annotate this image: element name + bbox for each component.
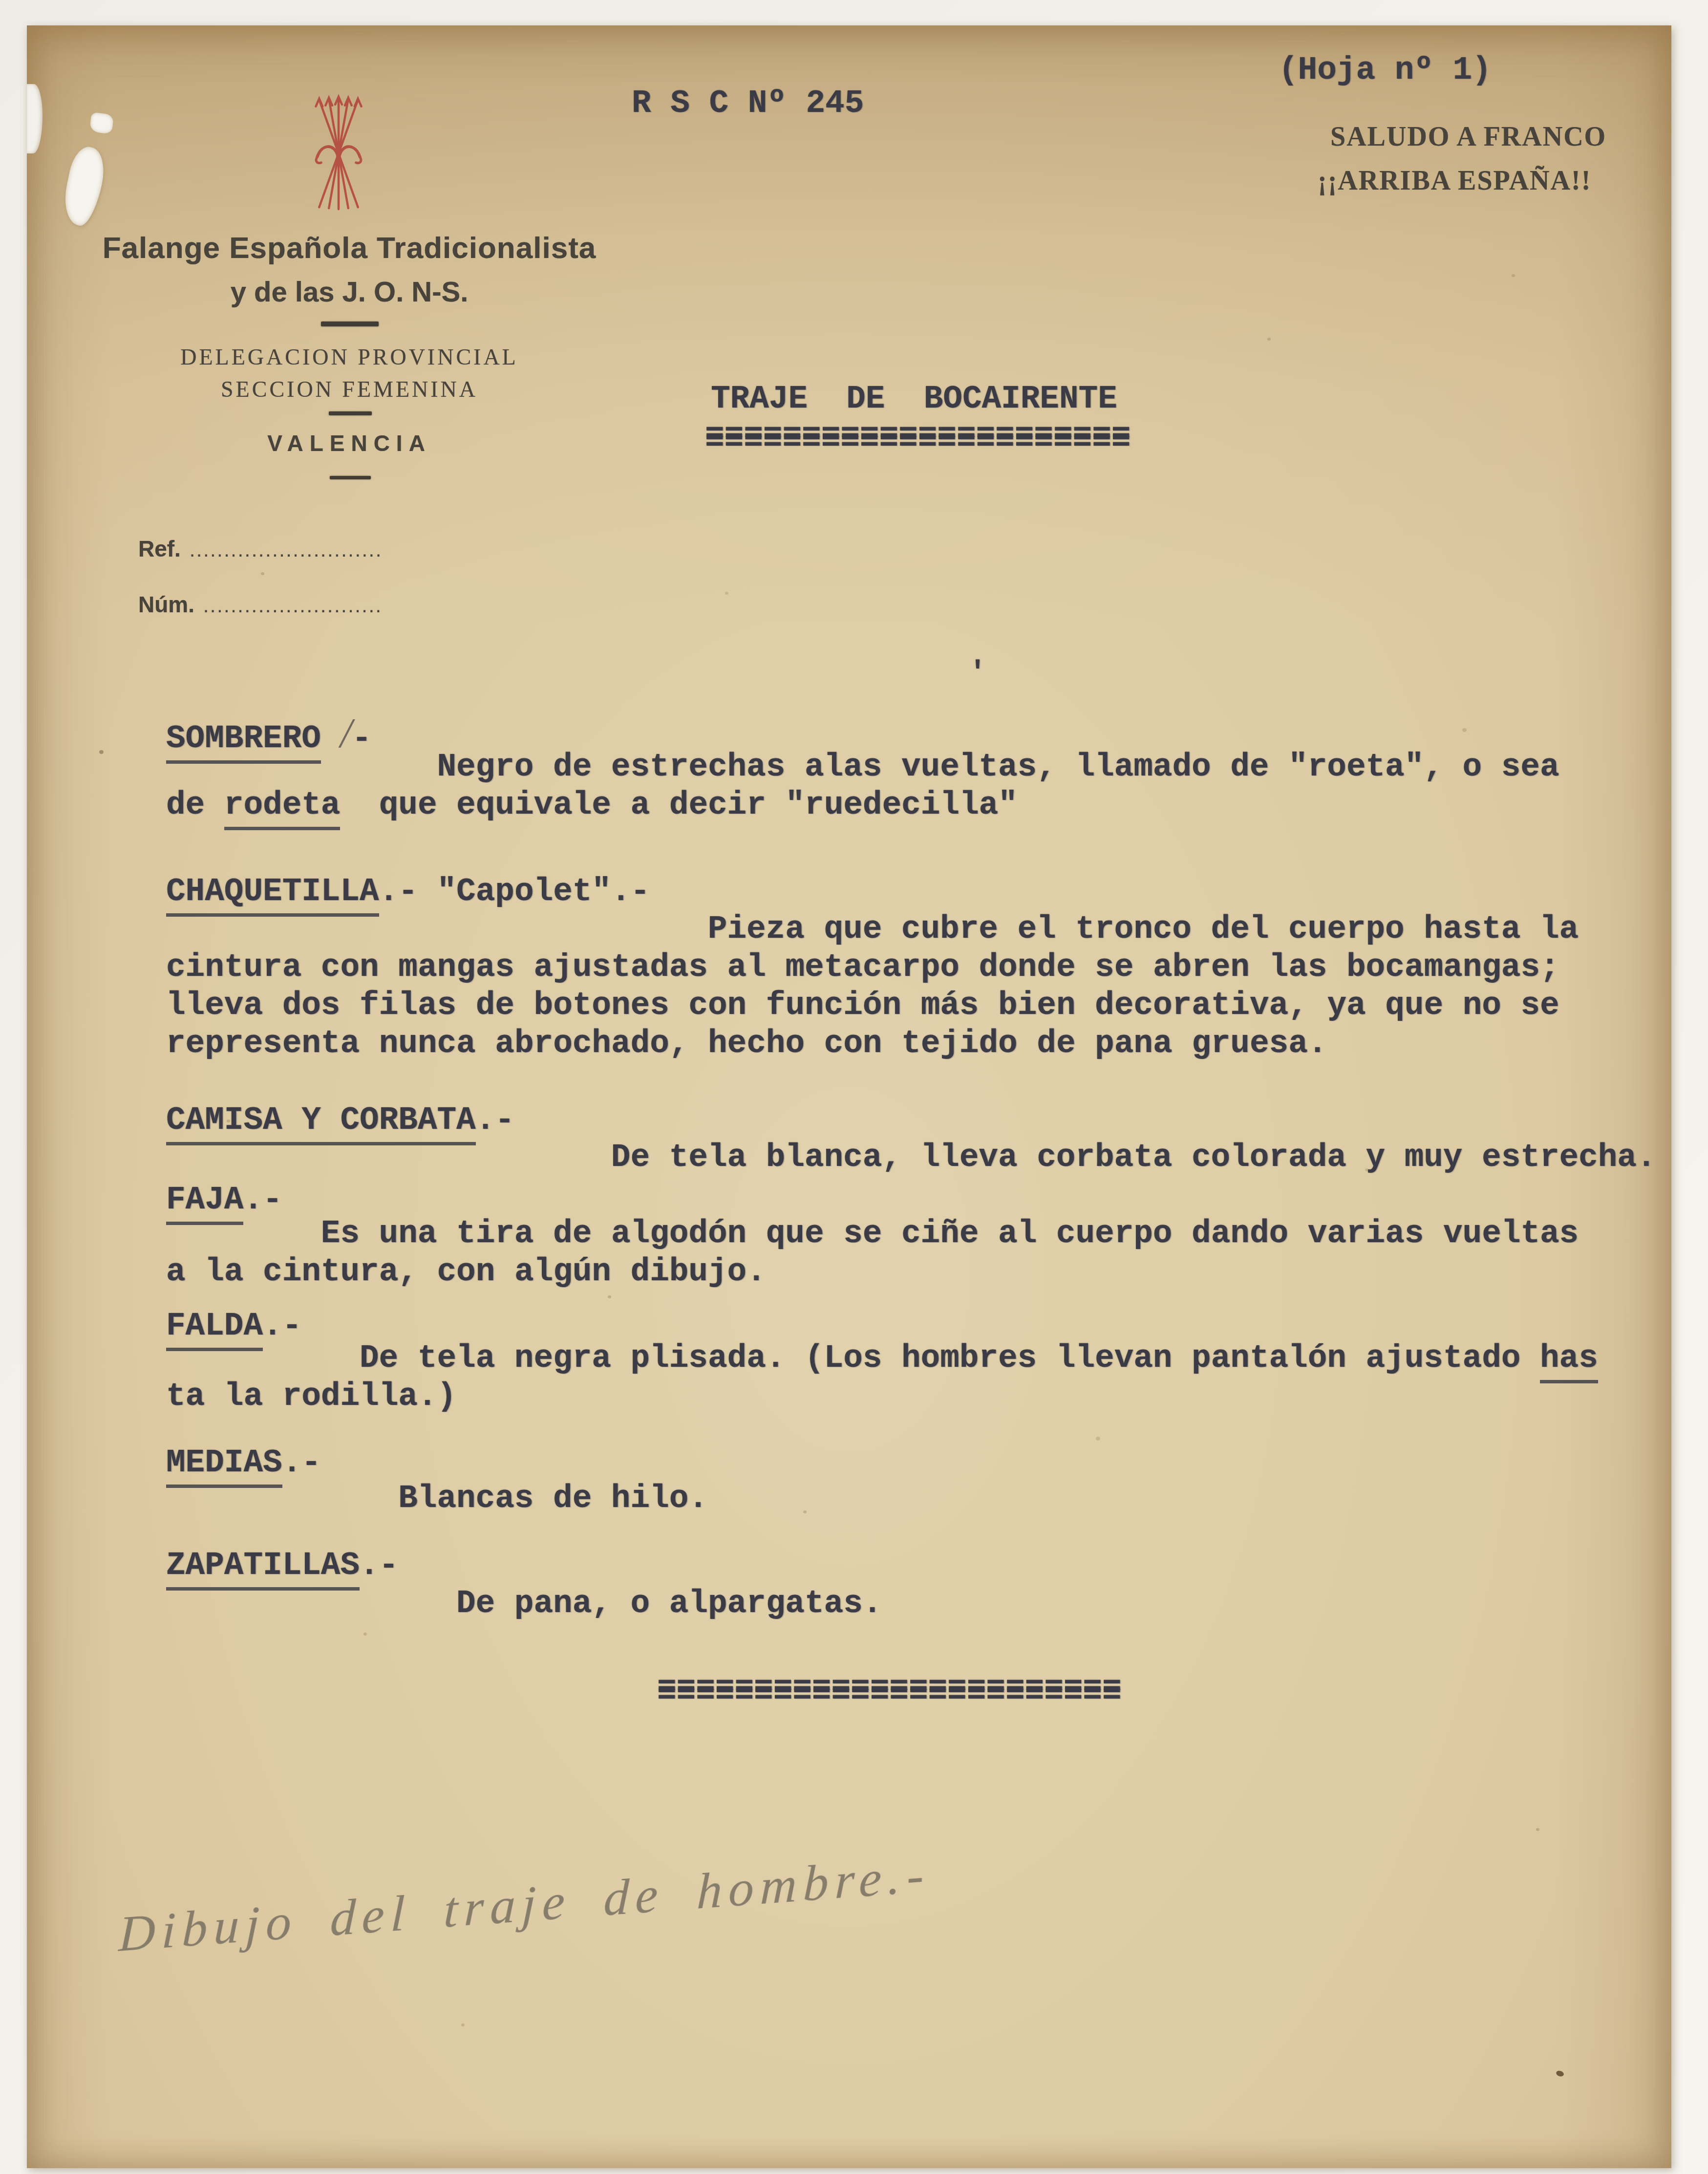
closing-rule-row2: ======================== <box>657 1678 1122 1713</box>
typed-body: SOMBRERO /-Negro de estrechas alas vuelt… <box>27 25 1671 2168</box>
typed-line: a la cintura, con algún dibujo. <box>166 1254 766 1290</box>
typed-line: Blancas de hilo. <box>398 1481 708 1516</box>
typed-line: Negro de estrechas alas vueltas, llamado… <box>437 750 1559 785</box>
typed-line: Es una tira de algodón que se ciñe al cu… <box>321 1216 1579 1251</box>
paper-flecks <box>17 16 20 18</box>
document-page: Falange Española Tradicionalista y de la… <box>27 25 1671 2168</box>
typed-line: lleva dos filas de botones con función m… <box>166 988 1559 1023</box>
typed-line: ta la rodilla.) <box>166 1379 456 1414</box>
typed-line: cintura con mangas ajustadas al metacarp… <box>166 950 1559 985</box>
typed-line: De tela negra plisada. (Los hombres llev… <box>360 1341 1598 1376</box>
typed-line: Pieza que cubre el tronco del cuerpo has… <box>708 912 1579 947</box>
section-heading: MEDIAS.- <box>166 1445 321 1481</box>
scan-background: Falange Española Tradicionalista y de la… <box>0 0 1708 2174</box>
typed-line: representa nunca abrochado, hecho con te… <box>166 1026 1327 1061</box>
typed-line: De tela blanca, lleva corbata colorada y… <box>611 1140 1656 1175</box>
section-heading: FAJA.- <box>166 1183 282 1218</box>
section-heading: ZAPATILLAS.- <box>166 1548 398 1583</box>
section-heading: SOMBRERO /- <box>166 715 371 756</box>
section-heading: FALDA.- <box>166 1309 301 1344</box>
section-heading: CHAQUETILLA.- "Capolet".- <box>166 874 650 909</box>
typed-line: de rodeta que equivale a decir "ruedecil… <box>166 788 1018 823</box>
section-heading: CAMISA Y CORBATA.- <box>166 1103 514 1138</box>
typed-line: De pana, o alpargatas. <box>456 1586 882 1621</box>
